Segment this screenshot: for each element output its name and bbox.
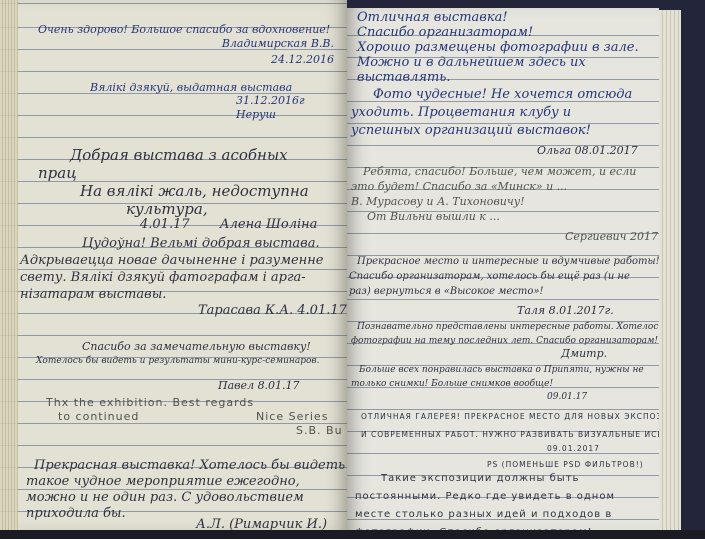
notebook-cover [0,530,705,539]
entry-text: постоянными. Редко где увидеть в одном [355,488,615,506]
entry-text: От Вильни вышли к ... [367,209,636,224]
guestbook-entry: Такие экспозиции должны быть постоянными… [355,470,615,532]
right-page: Отличная выставка! Спасибо организаторам… [347,8,659,532]
entry-text: Цудоўна! Вельмі добрая выстава. [82,235,323,252]
guestbook-entry: ОТЛИЧНАЯ ГАЛЕРЕЯ! ПРЕКРАСНОЕ МЕСТО ДЛЯ Н… [351,408,659,444]
entry-text: прац [38,164,309,182]
guestbook-entry: Отличная выставка! Спасибо организаторам… [357,10,639,85]
entry-signature: Ольга 08.01.2017 [537,140,638,162]
entry-text: такое чудное мероприятие ежегодно, [26,474,345,490]
entry-text: Спасибо за замечательную выставку! [82,340,319,354]
entry-text: месте столько разных идей и подходов в [355,506,615,524]
entry-text: Можно и в дальнейшем здесь их [357,55,639,70]
entry-text: В. Мурасову и А. Тихоновичу! [351,194,636,209]
entry-signature: Владимирская В.В. [210,36,334,52]
guestbook-entry: Добрая выстава з асобных прац На вялікі … [70,146,309,218]
entry-text: И СОВРЕМЕННЫХ РАБОТ. НУЖНО РАЗВИВАТЬ ВИЗ… [361,426,659,444]
entry-signature: А.Л. (Римарчик И.) [196,514,327,530]
entry-signature: Тарасава К.А. 4.01.17 [198,300,347,322]
guestbook-entry: Прекрасное место и интересные и вдумчивы… [349,254,659,299]
entry-text: Прекрасная выставка! Хотелось бы видеть [34,458,345,474]
entry-text: Познавательно представлены интересные ра… [357,320,659,334]
guestbook-entry: Больше всех понравилась выставка о Припя… [351,363,644,391]
entry-text: раз) вернуться в «Высокое место»! [349,284,659,299]
entry-signature-block: 4.01.17 Алена Шоліна [140,214,317,236]
entry-text: только снимки! Больше снимков вообще! [351,377,644,391]
entry-text: Отличная выставка! [357,10,639,25]
entry-date: 24.12.2016 [210,52,334,68]
entry-text: фотографии на тему последних лет. Спасиб… [351,334,659,348]
guestbook-entry: Познавательно представлены интересные ра… [351,320,659,348]
entry-text: уходить. Процветания клубу и [351,104,632,122]
entry-text: успешных организаций выставок! [351,122,632,140]
entry-text: Хорошо размещены фотографии в зале. [357,40,639,55]
entry-text: ОТЛИЧНАЯ ГАЛЕРЕЯ! ПРЕКРАСНОЕ МЕСТО ДЛЯ Н… [361,408,659,426]
left-page: Очень здорово! Большое спасибо за вдохно… [0,0,347,530]
guestbook-entry: Thx the exhibition. Best regards to cont… [46,396,343,438]
entry-date: 4.01.17 [140,217,190,232]
entry-text: Фото чудесные! Не хочется отсюда [373,86,632,104]
entry-text: Прекрасное место и интересные и вдумчивы… [357,254,659,269]
entry-text: Спасибо организаторам! [357,25,639,40]
entry-text: Thx the exhibition. Best regards [46,396,343,410]
entry-text: Такие экспозиции должны быть [381,470,615,488]
notebook: Очень здорово! Большое спасибо за вдохно… [0,0,705,539]
entry-text: Больше всех понравилась выставка о Припя… [359,363,644,377]
entry-text: Адкрываецца новае дачыненне і разуменне [20,252,323,269]
entry-text: выставлять. [357,70,639,85]
entry-signature: 09.01.17 [547,386,587,408]
entry-text: Спасибо организаторам, хотелось бы ещё р… [349,269,659,284]
entry-text: Ребята, спасибо! Больше, чем может, и ес… [363,164,636,179]
entry-date: 31.12.2016г [236,94,305,108]
entry-text: S.B. Bu [296,424,343,438]
entry-text: На вялікі жаль, недоступна [80,182,309,200]
entry-signature: Дмитр. [561,343,607,365]
guestbook-entry: Прекрасная выставка! Хотелось бы видеть … [26,458,345,522]
entry-text: Nice Series [256,410,343,424]
entry-text: Хотелось бы видеть и результаты мини-кур… [36,354,319,368]
guestbook-entry: Ребята, спасибо! Больше, чем может, и ес… [351,164,636,224]
entry-signature: Павел 8.01.17 [218,375,300,397]
entry-signature: Алена Шоліна [220,217,318,232]
entry-signature-block: Владимирская В.В. 24.12.2016 [210,36,334,68]
entry-signature: Таля 8.01.2017г. [517,300,614,322]
entry-text: можно и не один раз. С удовольствием [26,490,345,506]
entry-signature: Сергиевич 2017 [565,226,658,248]
entry-text: свету. Вялікі дзякуй фатографам і арга- [20,269,323,286]
entry-signature: Неруш [236,108,305,122]
entry-signature-block: 31.12.2016г Неруш [236,94,305,122]
guestbook-entry: Цудоўна! Вельмі добрая выстава. Адкрывае… [20,235,323,303]
guestbook-entry: Спасибо за замечательную выставку! Хотел… [36,340,319,368]
page-edges [659,10,681,530]
entry-text: это будет! Спасибо за «Минск» и ... [351,179,636,194]
entry-text: Добрая выстава з асобных [70,146,309,164]
guestbook-entry: Фото чудесные! Не хочется отсюда уходить… [351,86,632,140]
